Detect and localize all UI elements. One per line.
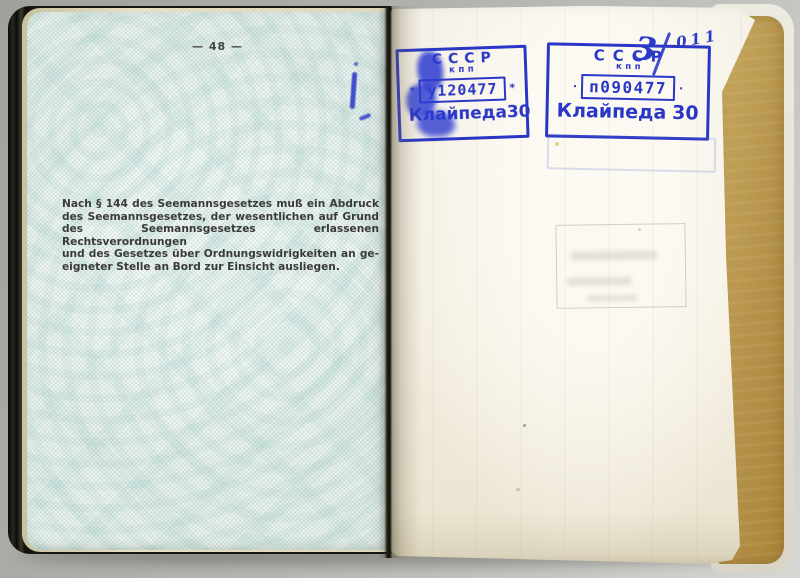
bleedthrough-mark xyxy=(571,250,657,260)
border-control-stamp-departure: СССР кпп * у120477 * Клайпеда 30 xyxy=(395,45,529,143)
dust-speck xyxy=(638,228,641,231)
ink-smudge xyxy=(350,72,358,109)
ink-smudge xyxy=(359,113,372,121)
stamp-port-number: 30 xyxy=(507,102,531,123)
dust-speck xyxy=(523,424,526,427)
handwritten-code: 011 xyxy=(675,26,721,51)
stamp-side-mark: · xyxy=(573,81,577,91)
stamp-side-mark: * xyxy=(509,83,515,93)
bleedthrough-mark xyxy=(567,277,631,286)
paragraph-line: des Seemannsgesetzes, der wesentlichen a… xyxy=(62,211,379,224)
bleedthrough-box xyxy=(555,223,686,309)
right-page: СССР кпп * у120477 * Клайпеда 30 СССР кп… xyxy=(388,6,758,566)
ink-blot xyxy=(417,110,456,137)
stamp-code-box: п090477 xyxy=(581,74,675,101)
ink-smudge xyxy=(354,62,358,66)
stamp-city: Клайпеда xyxy=(556,101,666,123)
page-number: — 48 — xyxy=(27,40,388,53)
stamp-side-mark: · xyxy=(679,84,683,94)
paragraph-line: Nach § 144 des Seemannsgesetzes muß ein … xyxy=(62,198,379,211)
paragraph-line: des Seemannsgesetzes erlassenen Rechtsve… xyxy=(62,223,379,248)
paragraph-line: eigneter Stelle an Bord zur Einsicht aus… xyxy=(62,261,379,274)
legal-paragraph: Nach § 144 des Seemannsgesetzes muß ein … xyxy=(62,198,379,274)
border-control-stamp-arrival: СССР кпп · п090477 · Клайпеда 30 xyxy=(545,42,711,140)
left-page: — 48 — Nach § 144 des Seemannsgesetzes m… xyxy=(27,12,388,550)
stamp-port-number: 30 xyxy=(672,103,699,124)
bleedthrough-mark xyxy=(587,295,637,302)
paragraph-line: und des Gesetzes über Ordnungswidrigkeit… xyxy=(62,248,379,261)
stamp-org: кпп xyxy=(446,65,477,75)
dust-speck xyxy=(555,142,559,146)
dust-speck xyxy=(516,488,520,491)
bleedthrough-stamp-outline xyxy=(547,134,717,173)
